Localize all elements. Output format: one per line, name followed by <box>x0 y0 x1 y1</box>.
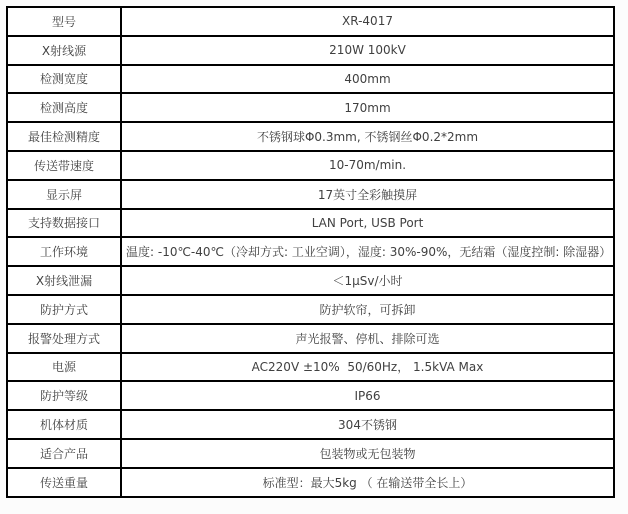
spec-label: 机体材质 <box>7 410 121 439</box>
table-row: 传送带速度 10-70m/min. <box>7 151 614 180</box>
spec-label: 适合产品 <box>7 439 121 468</box>
spec-value: 210W 100kV <box>121 36 614 65</box>
table-row: X射线源 210W 100kV <box>7 36 614 65</box>
spec-value: ＜1μSv/小时 <box>121 266 614 295</box>
spec-value: XR-4017 <box>121 7 614 36</box>
table-row: 检测宽度 400mm <box>7 65 614 94</box>
table-row: 机体材质 304不锈钢 <box>7 410 614 439</box>
spec-table: 型号 XR-4017 X射线源 210W 100kV 检测宽度 400mm 检测… <box>6 6 615 498</box>
spec-label: X射线泄漏 <box>7 266 121 295</box>
table-row: 传送重量 标准型：最大5kg （ 在输送带全长上） <box>7 468 614 497</box>
spec-value: IP66 <box>121 381 614 410</box>
table-row: 型号 XR-4017 <box>7 7 614 36</box>
spec-label: 检测高度 <box>7 93 121 122</box>
spec-value: 包装物或无包装物 <box>121 439 614 468</box>
spec-value: 声光报警、停机、排除可选 <box>121 324 614 353</box>
table-row: 检测高度 170mm <box>7 93 614 122</box>
spec-value: 标准型：最大5kg （ 在输送带全长上） <box>121 468 614 497</box>
spec-value: 温度: -10℃-40℃（冷却方式: 工业空调），湿度: 30%-90%，无结霜… <box>121 237 614 266</box>
table-row: 报警处理方式 声光报警、停机、排除可选 <box>7 324 614 353</box>
spec-value: 不锈钢球Φ0.3mm, 不锈钢丝Φ0.2*2mm <box>121 122 614 151</box>
spec-label: 传送带速度 <box>7 151 121 180</box>
spec-value: 170mm <box>121 93 614 122</box>
spec-value: 防护软帘，可拆卸 <box>121 295 614 324</box>
spec-label: 防护等级 <box>7 381 121 410</box>
spec-label: 防护方式 <box>7 295 121 324</box>
table-row: 防护等级 IP66 <box>7 381 614 410</box>
table-row: 支持数据接口 LAN Port, USB Port <box>7 209 614 238</box>
spec-label: 电源 <box>7 353 121 382</box>
spec-label: 最佳检测精度 <box>7 122 121 151</box>
spec-value: AC220V ±10% 50/60Hz， 1.5kVA Max <box>121 353 614 382</box>
spec-value: 17英寸全彩触摸屏 <box>121 180 614 209</box>
spec-value: 304不锈钢 <box>121 410 614 439</box>
spec-label: 显示屏 <box>7 180 121 209</box>
spec-value: LAN Port, USB Port <box>121 209 614 238</box>
spec-table-body: 型号 XR-4017 X射线源 210W 100kV 检测宽度 400mm 检测… <box>7 7 614 497</box>
spec-label: 支持数据接口 <box>7 209 121 238</box>
table-row: X射线泄漏 ＜1μSv/小时 <box>7 266 614 295</box>
spec-label: X射线源 <box>7 36 121 65</box>
spec-label: 型号 <box>7 7 121 36</box>
table-row: 电源 AC220V ±10% 50/60Hz， 1.5kVA Max <box>7 353 614 382</box>
spec-label: 工作环境 <box>7 237 121 266</box>
spec-label: 检测宽度 <box>7 65 121 94</box>
spec-value: 10-70m/min. <box>121 151 614 180</box>
page: 型号 XR-4017 X射线源 210W 100kV 检测宽度 400mm 检测… <box>0 0 628 514</box>
table-row: 最佳检测精度 不锈钢球Φ0.3mm, 不锈钢丝Φ0.2*2mm <box>7 122 614 151</box>
spec-label: 报警处理方式 <box>7 324 121 353</box>
table-row: 工作环境 温度: -10℃-40℃（冷却方式: 工业空调），湿度: 30%-90… <box>7 237 614 266</box>
table-row: 适合产品 包装物或无包装物 <box>7 439 614 468</box>
table-row: 显示屏 17英寸全彩触摸屏 <box>7 180 614 209</box>
spec-label: 传送重量 <box>7 468 121 497</box>
table-row: 防护方式 防护软帘，可拆卸 <box>7 295 614 324</box>
spec-value: 400mm <box>121 65 614 94</box>
